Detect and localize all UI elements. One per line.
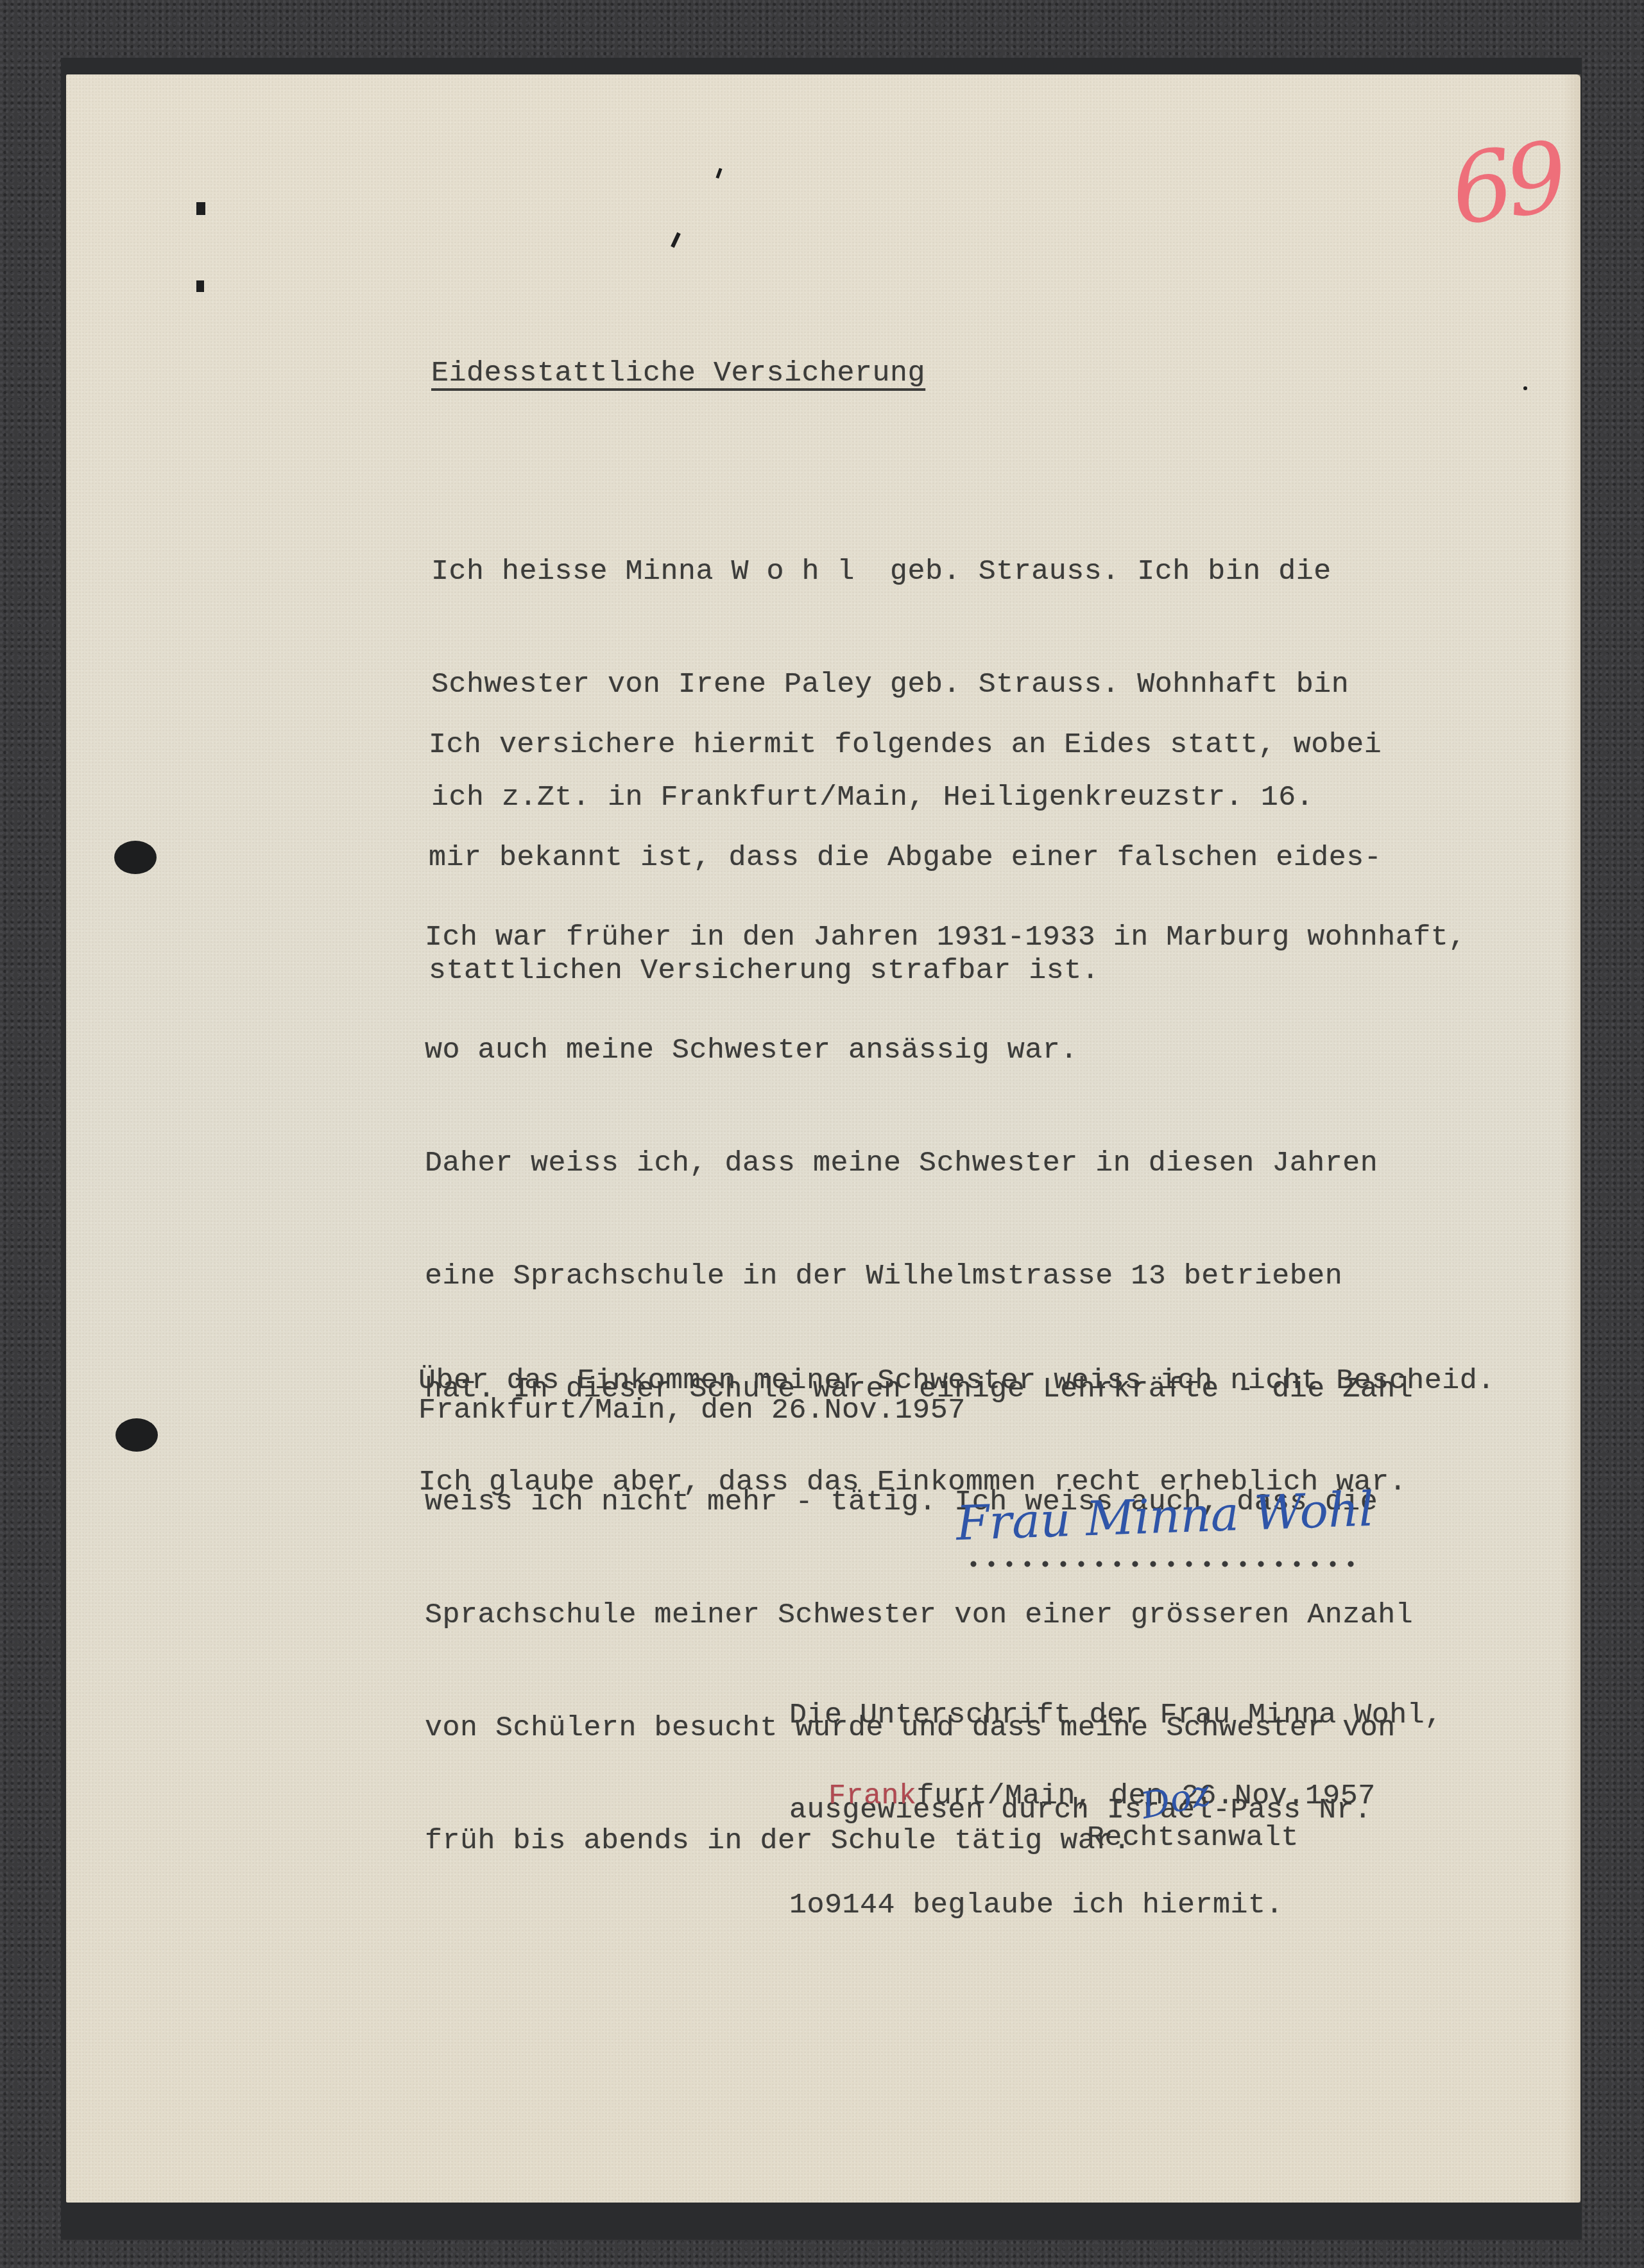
lawyer-title: Rechtsanwalt	[1087, 1821, 1299, 1854]
text-line: Ich war früher in den Jahren 1931-1933 i…	[425, 914, 1466, 961]
staple-mark-bottom	[196, 280, 204, 292]
staple-mark-top	[196, 202, 205, 215]
text-line: Sprachschule meiner Schwester von einer …	[425, 1592, 1466, 1639]
document-title: Eidesstattliche Versicherung	[431, 357, 925, 390]
punch-hole-bottom	[116, 1418, 158, 1452]
paper-edge	[1563, 74, 1580, 2203]
dot-mark	[1523, 386, 1527, 390]
text-line: Ich versichere hiermit folgendes an Eide…	[429, 721, 1382, 769]
page-number: 69	[1444, 121, 1568, 247]
place-date: Frankfurt/Main, den 26.Nov.1957	[418, 1394, 966, 1427]
attestation-place-date: Frankfurt/Main, den 26.Nov.1957	[793, 1747, 1376, 1812]
text-line: Die Unterschrift der Frau Minna Wohl,	[789, 1701, 1443, 1730]
text-line: Ich heisse Minna W o h l geb. Strauss. I…	[431, 548, 1349, 596]
text-line: wo auch meine Schwester ansässig war.	[425, 1027, 1466, 1074]
place-red-part: Frank	[828, 1780, 917, 1812]
text-line: Daher weiss ich, dass meine Schwester in…	[425, 1140, 1466, 1187]
signature-line	[964, 1561, 1362, 1567]
punch-hole-top	[114, 841, 157, 874]
text-line: 1o9144 beglaube ich hiermit.	[789, 1891, 1443, 1920]
text-line: eine Sprachschule in der Wilhelmstrasse …	[425, 1253, 1466, 1300]
